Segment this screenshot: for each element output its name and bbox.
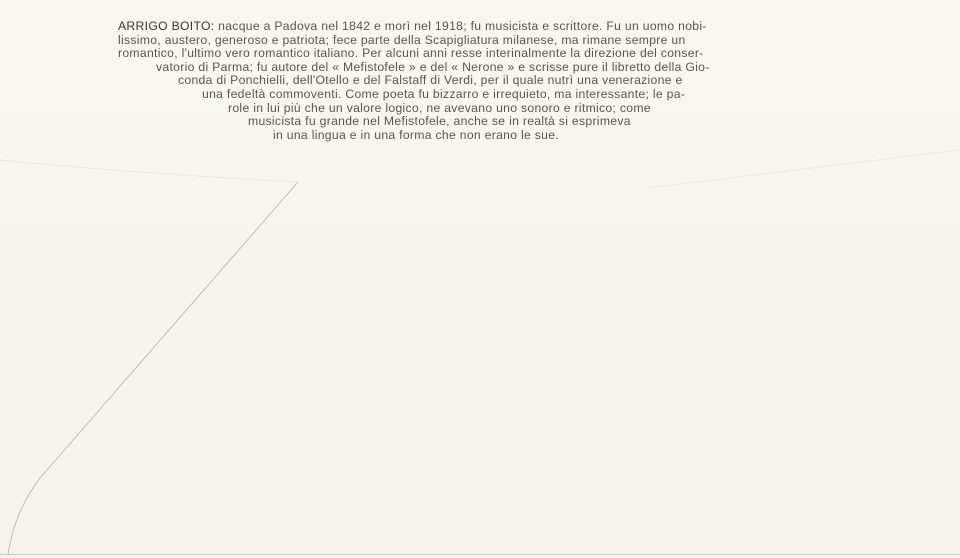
text-line-5: conda di Ponchielli, dell'Otello e del F… (118, 74, 778, 88)
top-flap-right-edge (647, 150, 960, 188)
text-line-7: role in lui più che un valore logico, ne… (118, 102, 863, 116)
text-line-8: musicista fu grande nel Mefistofele, anc… (118, 115, 863, 129)
text-line-3: romantico, l'ultimo vero romantico itali… (118, 47, 863, 61)
top-flap-left-edge (0, 160, 298, 182)
text-line-1: ARRIGO BOITO: nacque a Padova nel 1842 e… (118, 20, 863, 34)
text-line-2: lissimo, austero, generoso e patriota; f… (118, 34, 863, 48)
left-flap-fold (8, 182, 298, 555)
text-line-9: in una lingua e in una forma che non era… (118, 129, 863, 143)
text-line-6: una fedeltà commoventi. Come poeta fu bi… (118, 88, 863, 102)
right-flap-fold (647, 188, 955, 555)
biography-text: ARRIGO BOITO: nacque a Padova nel 1842 e… (118, 20, 863, 142)
envelope-bottom-edge (0, 554, 960, 555)
text-line-4: vatorio di Parma; fu autore del « Mefist… (118, 61, 863, 75)
envelope-back: ARRIGO BOITO: nacque a Padova nel 1842 e… (0, 0, 960, 558)
biography-heading: ARRIGO BOITO: (118, 19, 214, 33)
